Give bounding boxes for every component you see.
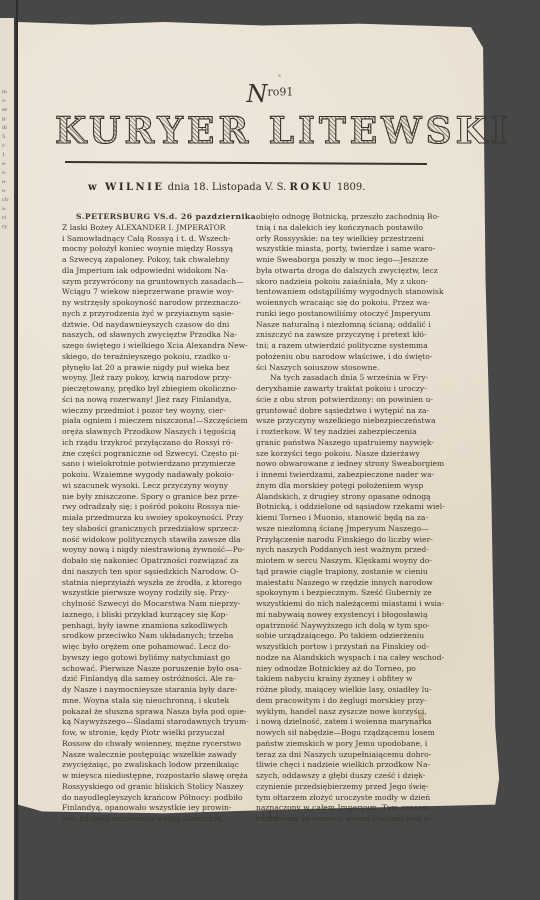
previous-page-fragment: ry [2,223,14,232]
article-column-right: obięło odnogę Botnicką, przeszło zachodn… [256,212,468,825]
previous-page-fragment: g· [2,115,14,124]
text-line: szych, oddawszy z głębi duszy cześć i dz… [256,771,468,782]
text-line: ści na nową rozerwany! Jleż razy Finland… [62,395,274,406]
text-line: żne części pograniczne od Szwecyi. Częst… [62,449,274,460]
text-line: wszystkich portow i przystań na Finskiey… [256,642,468,653]
text-line: Z laski Bożey ALEXANDER I. JMPERATOR [62,223,274,234]
article-dateline: S.PETERSBURG VS.d. 26 pazdziernika. [62,212,274,223]
previous-page-fragment: ch· [2,196,14,205]
dateline-city: w WILNIE [88,182,164,193]
book-spine [16,0,18,900]
text-line: zniszczyć na zawsze przyczynę i pretext … [256,330,468,341]
text-line: schować. Pierwsze Nasze poruszenie było … [62,664,274,675]
text-line: żnym dla morskiey potęgi położeniem wysp [256,481,468,492]
text-line: ście z obu stron potwierdzony: on powini… [256,395,468,406]
text-line: wnie Sweaborga poszły w moc iego—Jeszcze [256,255,468,266]
text-line: Nasze walecznie postępuiąc wszelkie zawa… [62,750,274,761]
text-line: ką Naywyższego—Śladami starodawnych tryu… [62,717,274,728]
text-line: i rozterkow. W tey nadziei zabezpieczeni… [256,427,468,438]
text-line: wszystkie miasta, porty, twierdze i same… [256,244,468,255]
text-line: Botnicką, i oddzielone od sąsiadow rzeka… [256,502,468,513]
text-line: wszystkie pierwsze woyny rodziły się. Pr… [62,588,274,599]
text-line: ich rządu trzykroć przyłączano do Rossyi… [62,438,274,449]
text-line: spokoynym i bezpiecznym. Sześć Guberniy … [256,588,468,599]
text-line: Nasze naturalną i niezłomną ścianą; odda… [256,320,468,331]
previous-page-fragment: r· [2,142,14,151]
text-line: niey odnodze Botnickiey aż do Torneo, po [256,664,468,675]
text-line: ny wstrzęsły spokoyność narodow przeznac… [62,298,274,309]
paper-stain [278,74,281,77]
text-line: mne. Woyna stała się nieuchronną, i skut… [62,696,274,707]
text-line: woyny. Jleż razy pokoy, krwią narodow pr… [62,373,274,384]
text-line: tąd prawie ciągle trapiony, zostanie w c… [256,567,468,578]
text-line: piała ogniem i mieczem niszczona!—Szczęś… [62,416,274,427]
previous-page-fragment: ri [2,214,14,223]
text-line: nych naszych Poddanych iest ważnym przed… [256,545,468,556]
text-line: kiemi Torneo i Muonio, stanowić będą na … [256,513,468,524]
text-line: naszych, od sławnych zwycięztw Przodka N… [62,330,274,341]
text-line: dy Nasze i naymocnieysze starania były d… [62,685,274,696]
text-line: runki iego postanowiliśmy otoczyć Jmpery… [256,309,468,320]
text-line: rwy odradzały się; i pośród pokoiu Rossy… [62,502,274,513]
text-line: tym ołtarzem złożyć uroczyste modły w dz… [256,793,468,804]
text-line: dzić Finlandyą dla samey ostróżności. Al… [62,674,274,685]
previous-page-fragment: a· [2,205,14,214]
text-line: skiego, do teraźnieyszego pokoiu, rzadko… [62,352,274,363]
text-line: wieczny przedmiot i pozor tey woyny, cie… [62,406,274,417]
text-line: takiem nabyciu krainy żyzney i obfitey w [256,674,468,685]
previous-page-fragment: di [2,124,14,133]
text-line: tentowaniem odstąpiliśmy wygodnych stano… [256,287,468,298]
text-line: szego świętego i wielkiego Xcia Alexandr… [62,341,274,352]
text-line: dztwie. Od naydawnieyszych czasow do dni [62,320,274,331]
text-line: opatrzność Naywyższego ich dolą w tym sp… [256,621,468,632]
newspaper-title: KURYER LITEWSKI [55,110,455,152]
article-column-left: S.PETERSBURG VS.d. 26 pazdziernika. Z la… [62,212,274,825]
text-line: wsze przyczyny wszelkiego niebezpieczeńs… [256,416,468,427]
text-line: woyny nową i nigdy niestrawioną żywność—… [62,545,274,556]
text-line: pieczętowany, prędko był zbiegiem okolic… [62,384,274,395]
text-line: Przyłączenie narodu Finskiego do liczby … [256,535,468,546]
previous-page-fragment: o· [2,187,14,196]
text-line: orły Rossyyskie: na tey wielkiey przestr… [256,234,468,245]
text-line: statnia nieprzyiaźń wyszła ze źrodła, z … [62,578,274,589]
text-line: sze korzyści tego pokoiu. Nasze dzierżaw… [256,449,468,460]
text-line: iaznego, i bliski przykład kurzącey się … [62,610,274,621]
text-line: gruntować dobre sąsiedztwo i wytępić na … [256,406,468,417]
previous-page-edge: ino·erg·di5r·1e·s·n·o·ch·a·riry [0,18,16,900]
text-line: fow, w stronie, kędy Piotr wielki przyuc… [62,728,274,739]
text-line: dni naszych ten spor sąsiedzkich Narodow… [62,567,274,578]
issue-number: Nro91 [0,80,540,108]
text-line: chylność Szwecyi do Mocarstwa Nam nieprz… [62,599,274,610]
text-line: Wciągu 7 wiekow nieprzerwane prawie woy- [62,287,274,298]
text-line: szym przywrócony na gruntownych zasadach… [62,277,274,288]
previous-page-text-fragments: ino·erg·di5r·1e·s·n·o·ch·a·riry [2,88,14,232]
text-line: położeniu obu narodow właściwe, i do świ… [256,352,468,363]
text-line: a Szwecyą zapaloney. Pokoy, tak chwalebn… [62,255,274,266]
text-line: ści Naszych soiuszow stosowne. [256,363,468,374]
text-line: nych z przyrodzenia żyć w przyiaznym sąs… [62,309,274,320]
text-line: penhagi, były iawne znamiona szkodliwych [62,621,274,632]
text-line: tni; a razem utwierdzić polityczne syste… [256,341,468,352]
text-line: państw ziemskich w pory Jemu upodobane, … [256,739,468,750]
text-line: srodkow przeciwko Nam układanych; trzeba [62,631,274,642]
issue-number-prefix: N [247,80,268,108]
text-line: i innemi twierdzami, zabezpieczone nader… [256,470,468,481]
previous-page-fragment: s· [2,169,14,178]
issue-number-value: ro91 [268,86,294,99]
previous-page-fragment: 5 [2,133,14,142]
text-line: tnią i na dalekich iey kończynach postaw… [256,223,468,234]
text-line: granic państwa Naszego upatruiemy naywię… [256,438,468,449]
text-line: wyklym, handel nasz zyszcze nowe korzyśc… [256,707,468,718]
page-number: ( 1 ) [0,811,540,820]
text-line: płynęło lat 20 a prawie nigdy puł wieka … [62,363,274,374]
text-line: sobie urządzaiącego. Po takiem odzierżen… [256,631,468,642]
text-line: mocny położył koniec woynie między Rossy… [62,244,274,255]
text-line: miotem w sercu Naszym. Klęskami woyny do… [256,556,468,567]
text-line: czynienie przedsiębierzemy przed Jego św… [256,782,468,793]
text-line: dobało się nakoniec Opatrzności rozwiąza… [62,556,274,567]
text-line: woiennych wracaiąc się do pokoiu. Przez … [256,298,468,309]
text-line: zwyciężaiąc, po zwaliskach lodow przenik… [62,760,274,771]
text-line: nowych sił nabędzie—Bogu rządzącemu lose… [256,728,468,739]
text-line: maiestatu Naszego w rzędzie innych narod… [256,578,468,589]
text-line: Alandskich, z drugiey strony opasane odn… [256,492,468,503]
text-line: obięło odnogę Botnicką, przeszło zachodn… [256,212,468,223]
text-line: tey słabości granicznych przedziałow spr… [62,524,274,535]
text-line: nowo obwarowane z iedney strony Sweaborg… [256,459,468,470]
text-line: miała przedmurza ku swoiey spokoyności. … [62,513,274,524]
previous-page-fragment: 1 [2,151,14,160]
text-line: tliwie chęci i nadzieie wielkich przodko… [256,760,468,771]
text-line: do nayodlegleyszych krańcow Północy: pod… [62,793,274,804]
issue-dateline: w WILNIE dnia 18. Listopada V. S. ROKU 1… [88,182,365,193]
text-line: w mieysca niedostępne, rozpostarło sławę… [62,771,274,782]
text-line: teraz za dni Naszych uzupełniaiącemu dob… [256,750,468,761]
previous-page-fragment: e· [2,160,14,169]
text-line: i nową dzielność, zatem i woienna maryna… [256,717,468,728]
text-line: pokoiu. Wzaiemne wygody nadawały pokoio- [62,470,274,481]
text-line: pokazał że słuszna sprawa Nasza była pod… [62,707,274,718]
text-line: więc było orężem one pohamować. Lecz do- [62,642,274,653]
text-line: Na tych zasadach dnia 5 września w Fry- [256,373,468,384]
text-line: wszystkiemi do nich należącemi miastami … [256,599,468,610]
text-line: dem pracowitym i do żeglugi morskiey prz… [256,696,468,707]
text-line: deryxhamie zawarty traktat pokoiu i uroc… [256,384,468,395]
dateline-date: dnia 18. Listopada V. S. [168,182,287,193]
dateline-year-label: ROKU [290,182,334,193]
dateline-year: 1809. [337,182,366,193]
previous-page-fragment: n· [2,178,14,187]
text-line: ność widokow politycznych stawiła zawsze… [62,535,274,546]
text-line: skoro nadzieia pokoiu zaiaśniała, My z u… [256,277,468,288]
text-line: Rossow do chwały woienney, mężne rycerst… [62,739,274,750]
text-line: Rossyyskiego od granic bliskich Stolicy … [62,782,274,793]
text-line: wi szacunek wysoki. Lecz przyczyny woyny [62,481,274,492]
text-line: sano i wielokrotnie potwierdzano przymie… [62,459,274,470]
text-line: bywszy iego gotowi byliśmy natychmiast g… [62,653,274,664]
text-line: wsze niezłomną ścianę Jmperyum Naszego— [256,524,468,535]
text-line: dla Jmperium iak odpowiedni widokom Na- [62,266,274,277]
text-line: różne płody, maiącey wielkie lasy, osiad… [256,685,468,696]
text-line: i Samowładnący Całą Rossyą i t. d. Wszec… [62,234,274,245]
text-line: nie były zniszczone. Spory o granice bez… [62,492,274,503]
text-line: oręża sławnych Przodkow Naszych i tęgośc… [62,427,274,438]
text-line: nodze na Alandskich wyspach i na całey w… [256,653,468,664]
text-line: była otwarta droga do dalszych zwycięztw… [256,266,468,277]
text-line: mi nabywaią nowey exystencyi i błogosław… [256,610,468,621]
